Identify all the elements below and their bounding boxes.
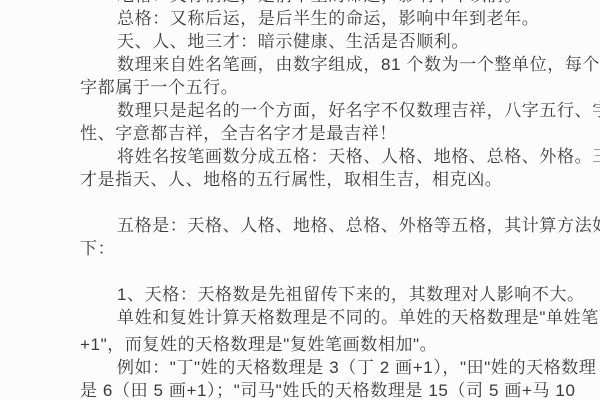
text-line: 天、人、地三才：暗示健康、生活是否顺利。: [80, 30, 560, 53]
document-body: 地格：又称前运，是前半生的命运，影响中年以前。 总格：又称后运，是后半生的命运，…: [80, 0, 560, 400]
text-line: 五格是：天格、人格、地格、总格、外格等五格，其计算方法如: [80, 214, 560, 237]
text-line: 例如："丁"姓的天格数理是 3（丁 2 画+1），"田"姓的天格数理: [80, 356, 560, 379]
text-line: 将姓名按笔画数分成五格：天格、人格、地格、总格、外格。三: [80, 145, 560, 168]
text-line: 才是指天、人、地格的五行属性，取相生吉，相克凶。: [80, 168, 560, 191]
text-line: +1"，而复姓的天格数理是"复姓笔画数相加"。: [80, 333, 560, 356]
text-line: 总格：又称后运，是后半生的命运，影响中年到老年。: [80, 7, 560, 30]
text-line: 数理来自姓名笔画，由数字组成，81 个数为一个整单位，每个数: [80, 53, 560, 76]
text-line: 下：: [80, 237, 560, 260]
paragraph-gap: [80, 191, 560, 214]
text-line: 性、字意都吉祥，全吉名字才是最吉祥！: [80, 122, 560, 145]
text-line: 字都属于一个五行。: [80, 76, 560, 99]
clipped-text-line: 是 6（田 5 画+1）；"司马"姓氏的天格数理是 15（司 5 画+马 10: [80, 379, 560, 400]
paragraph-gap: [80, 260, 560, 283]
document-page: 地格：又称前运，是前半生的命运，影响中年以前。 总格：又称后运，是后半生的命运，…: [0, 0, 600, 400]
clipped-text-line: 地格：又称前运，是前半生的命运，影响中年以前。: [80, 0, 560, 7]
text-line: 单姓和复姓计算天格数理是不同的。单姓的天格数理是"单姓笔画: [80, 306, 560, 329]
text-line: 数理只是起名的一个方面，好名字不仅数理吉祥，八字五行、字: [80, 99, 560, 122]
text-line: 1、天格：天格数是先祖留传下来的，其数理对人影响不大。: [80, 283, 560, 306]
